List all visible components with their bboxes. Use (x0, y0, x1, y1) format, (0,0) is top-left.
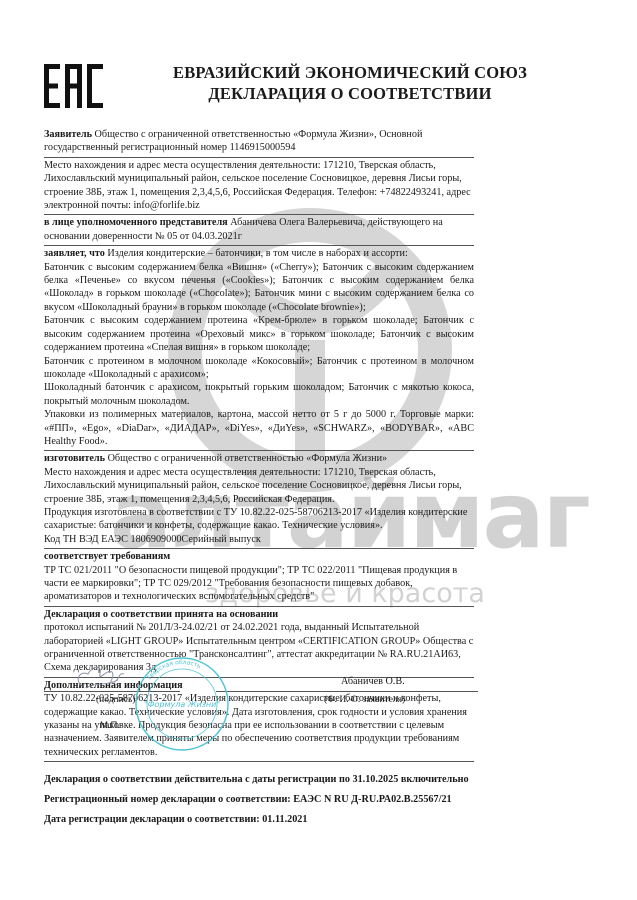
title-union: ЕВРАЗИЙСКИЙ ЭКОНОМИЧЕСКИЙ СОЮЗ (120, 62, 580, 83)
packaging-trademarks: Упаковки из полимерных материалов, карто… (44, 408, 474, 448)
name-caption: (Ф. И. О. заявителя) (324, 695, 405, 705)
product-item: Шоколадный батончик с арахисом, покрытый… (44, 381, 474, 408)
manufacturer-section: изготовитель Общество с ограниченной отв… (44, 451, 474, 549)
product-item: Батончик с высоким содержанием белка «Ви… (44, 261, 474, 315)
seal-label: М.П. (100, 720, 120, 731)
eac-mark-icon (44, 64, 104, 108)
applicant-text: Общество с ограниченной ответственностью… (44, 129, 422, 153)
basis-label: Декларация о соответствии принята на осн… (44, 608, 474, 621)
declares-section: заявляет, что Изделия кондитерские – бат… (44, 246, 474, 451)
signature-area: Абаничев О.В. (подпись) (Ф. И. О. заявит… (44, 668, 478, 768)
document-title: ЕВРАЗИЙСКИЙ ЭКОНОМИЧЕСКИЙ СОЮЗ ДЕКЛАРАЦИ… (120, 62, 580, 104)
manufacturer-label: изготовитель (44, 453, 105, 464)
declares-label: заявляет, что (44, 248, 105, 259)
stamp-company-name: "Формула Жизни" (144, 700, 220, 709)
representative-section: в лице уполномоченного представителя Аба… (44, 215, 474, 246)
requirements-section: соответствует требованиям ТР ТС 021/2011… (44, 549, 474, 607)
declares-intro: Изделия кондитерские – батончики, в том … (105, 248, 408, 259)
registration-date: Дата регистрации декларации о соответств… (44, 810, 452, 830)
signature-caption: (подпись) (96, 695, 135, 705)
registration-block: Регистрационный номер декларации о соотв… (44, 790, 452, 830)
address-section: Место нахождения и адрес места осуществл… (44, 158, 474, 216)
registration-number: Регистрационный номер декларации о соотв… (44, 790, 452, 810)
manufacturer-spec: Продукция изготовлена в соответствии с Т… (44, 506, 474, 533)
company-stamp-icon: Тверская область "Формула Жизни" (132, 654, 232, 754)
validity-text: Декларация о соответствии действительна … (44, 773, 474, 786)
manufacturer-address: Место нахождения и адрес места осуществл… (44, 466, 474, 506)
requirements-text: ТР ТС 021/2011 "О безопасности пищевой п… (44, 564, 474, 604)
tn-ved-code: Код ТН ВЭД ЕАЭС 1806909000Серийный выпус… (44, 533, 474, 546)
applicant-label: Заявитель (44, 129, 92, 140)
product-item: Батончик с протеином в молочном шоколаде… (44, 355, 474, 382)
requirements-label: соответствует требованиям (44, 550, 474, 563)
address-text: Место нахождения и адрес места осуществл… (44, 160, 471, 211)
name-line (216, 691, 478, 692)
applicant-name: Абаничев О.В. (341, 676, 405, 687)
title-declaration: ДЕКЛАРАЦИЯ О СООТВЕТСТВИИ (120, 83, 580, 104)
manufacturer-text: Общество с ограниченной ответственностью… (105, 453, 387, 464)
product-item: Батончик с высоким содержанием протеина … (44, 314, 474, 354)
handwritten-signature-icon (72, 662, 132, 692)
representative-label: в лице уполномоченного представителя (44, 217, 228, 228)
applicant-section: Заявитель Общество с ограниченной ответс… (44, 128, 474, 158)
